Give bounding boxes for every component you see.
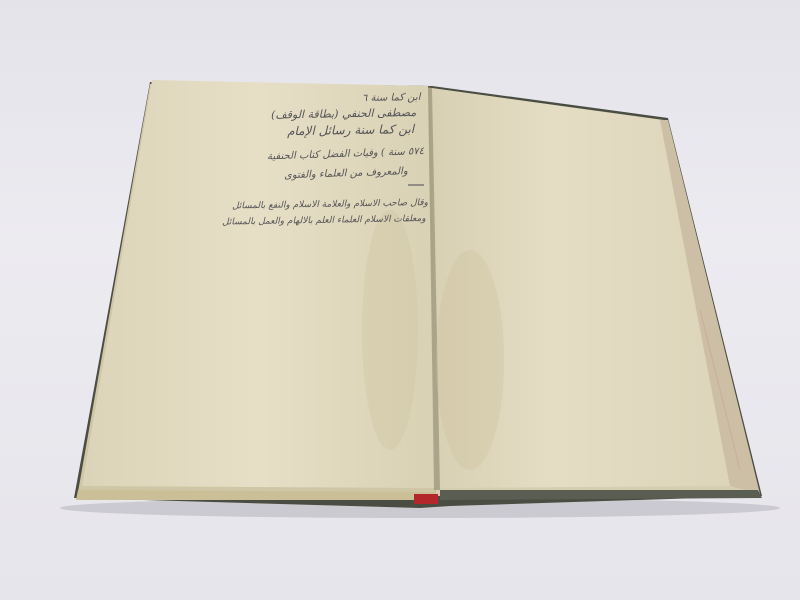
handwritten-line-2: مصطفى الحنفي (بطاقة الوقف): [271, 106, 416, 122]
book-illustration: [0, 0, 800, 600]
photo-scene: ابن كما سنة ٦ مصطفى الحنفي (بطاقة الوقف)…: [0, 0, 800, 600]
ribbon-bookmark: [414, 494, 438, 504]
handwritten-line-3: ابن كما سنة رسائل الإمام: [287, 122, 414, 138]
handwritten-line-1: ابن كما سنة ٦: [361, 92, 420, 104]
